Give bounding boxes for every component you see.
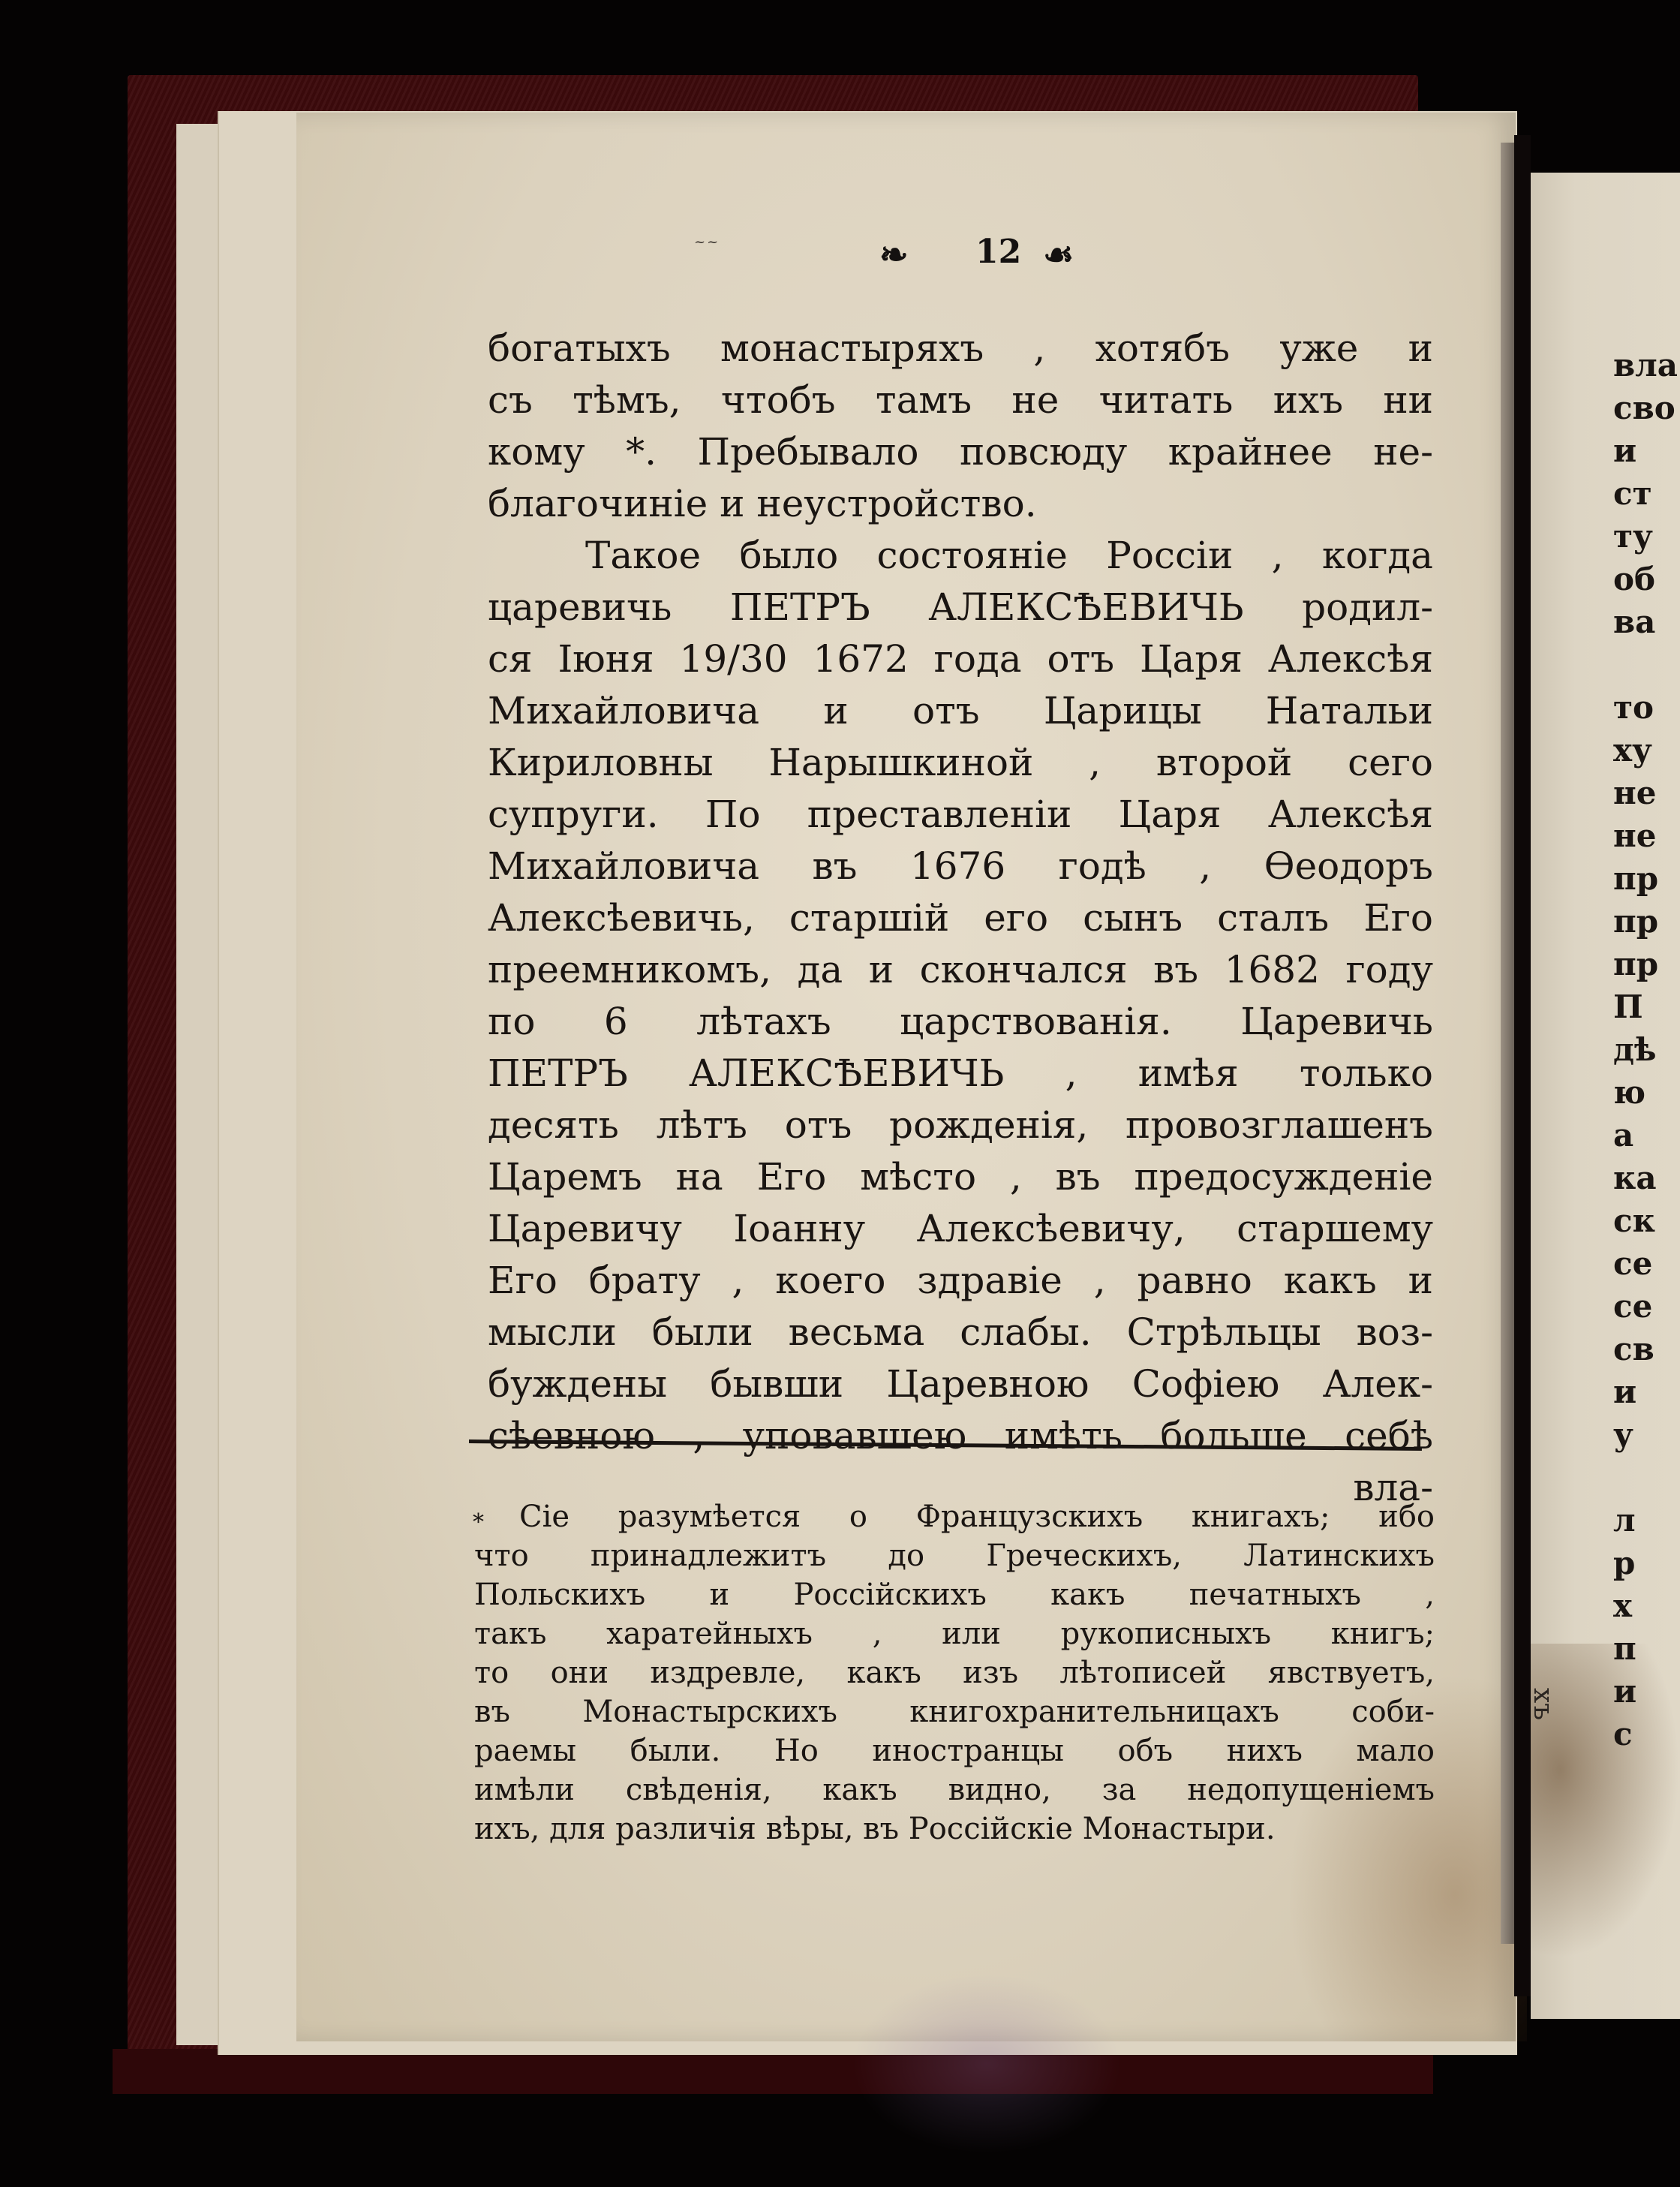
facing-line: ск [1613, 1199, 1680, 1242]
facing-line: р [1613, 1542, 1680, 1584]
facing-page-text: вла сво и ст ту об ва то ху не не пр пр … [1613, 344, 1680, 1755]
facing-gap [1613, 1456, 1680, 1499]
footnote-line: въ Монастырскихъ книгохранительницахъ со… [474, 1692, 1435, 1731]
facing-line: се [1613, 1285, 1680, 1328]
text-line: ся Іюня 19/30 1672 года отъ Царя Алексѣя [488, 633, 1433, 685]
book-cover-bottom [113, 2049, 1433, 2094]
text-line: Михайловича въ 1676 годѣ , Өеодоръ [488, 841, 1433, 892]
facing-line: с [1613, 1713, 1680, 1755]
facing-line: пр [1613, 943, 1680, 985]
footnote-line: раемы были. Но иностранцы объ нихъ мало [474, 1731, 1435, 1770]
main-text-block: богатыхъ монастыряхъ , хотябъ уже и съ т… [488, 323, 1433, 1514]
text-line: Алексѣевичь, старшій его сынъ сталъ Его [488, 892, 1433, 944]
text-line: Его брату , коего здравіе , равно какъ и [488, 1255, 1433, 1307]
header-mark: ~~ [694, 234, 720, 250]
text-line: царевичь ПЕТРЪ АЛЕКСѢЕВИЧЬ родил- [488, 582, 1433, 633]
facing-line: ту [1613, 515, 1680, 558]
text-line: кому *. Пребывало повсюду крайнее не- [488, 426, 1433, 478]
text-line: по 6 лѣтахъ царствованія. Царевичь [488, 996, 1433, 1048]
facing-line: и [1613, 1670, 1680, 1713]
facing-line: п [1613, 1627, 1680, 1670]
footnote-line: что принадлежитъ до Греческихъ, Латински… [474, 1536, 1435, 1575]
text-line: благочиніе и неустройство. [488, 478, 1433, 530]
facing-line: дѣ [1613, 1028, 1680, 1071]
facing-line: не [1613, 772, 1680, 814]
signature-mark: хъ [1528, 1688, 1558, 1720]
footnote-block: * Сіе разумѣется о Французскихъ книгахъ;… [474, 1497, 1435, 1849]
text-line: Михайловича и отъ Царицы Натальи [488, 685, 1433, 737]
footnote-line: имѣли свѣденія, какъ видно, за недопущен… [474, 1770, 1435, 1809]
facing-line: то [1613, 686, 1680, 729]
text-line: буждены бывши Царевною Софіею Алек- [488, 1358, 1433, 1410]
facing-line: не [1613, 814, 1680, 857]
facing-line: се [1613, 1242, 1680, 1285]
footnote-line: ихъ, для различія вѣры, въ Россійскіе Мо… [474, 1809, 1435, 1849]
facing-line: ст [1613, 472, 1680, 515]
facing-line: а [1613, 1114, 1680, 1157]
text-line: Царемъ на Его мѣсто , въ предосужденіе [488, 1151, 1433, 1203]
facing-line: ка [1613, 1157, 1680, 1199]
facing-line: ху [1613, 729, 1680, 772]
facing-line: П [1613, 985, 1680, 1028]
facing-line: х [1613, 1584, 1680, 1627]
page-number: 12 [975, 233, 1021, 271]
ornament-right-icon: ☙ [1043, 234, 1074, 275]
facing-line: св [1613, 1328, 1680, 1370]
facing-line: и [1613, 1370, 1680, 1413]
facing-line: у [1613, 1413, 1680, 1456]
text-line: ПЕТРЪ АЛЕКСѢЕВИЧЬ , имѣя только [488, 1048, 1433, 1100]
footnote-line: такъ харатейныхъ , или рукописныхъ книгъ… [474, 1614, 1435, 1653]
text-line: сѣевною , уповавшею имѣть больше себѣ [488, 1410, 1433, 1462]
ornament-left-icon: ❧ [879, 234, 909, 275]
facing-gap [1613, 643, 1680, 686]
ink-stamp-stain [852, 1974, 1122, 2154]
paragraph-start-line: Такое было состояніе Россіи , когда [488, 530, 1433, 582]
page-edge [1501, 143, 1514, 1944]
facing-line: пр [1613, 857, 1680, 900]
facing-line: пр [1613, 900, 1680, 943]
text-line: богатыхъ монастыряхъ , хотябъ уже и [488, 323, 1433, 375]
text-line: съ тѣмъ, чтобъ тамъ не читать ихъ ни [488, 375, 1433, 426]
facing-line: л [1613, 1499, 1680, 1542]
text-line: десять лѣтъ отъ рожденія, провозглашенъ [488, 1100, 1433, 1151]
footnote-line: Сіе разумѣется о Французскихъ книгахъ; и… [474, 1497, 1435, 1536]
text-line: Царевичу Іоанну Алексѣевичу, старшему [488, 1203, 1433, 1255]
footnote-marker: * [473, 1503, 484, 1542]
footnote-line: Польскихъ и Россійскихъ какъ печатныхъ , [474, 1575, 1435, 1614]
text-line: супруги. По преставленіи Царя Алексѣя [488, 789, 1433, 841]
facing-line: и [1613, 429, 1680, 472]
facing-line: об [1613, 558, 1680, 600]
text-line: преемникомъ, да и скончался въ 1682 году [488, 944, 1433, 996]
text-line: Кириловны Нарышкиной , второй сего [488, 737, 1433, 789]
text-line: мысли были весьма слабы. Стрѣльцы воз- [488, 1307, 1433, 1358]
footnote-line: то они издревле, какъ изъ лѣтописей явст… [474, 1653, 1435, 1692]
facing-line: сво [1613, 387, 1680, 429]
facing-line: вла [1613, 344, 1680, 387]
facing-line: ва [1613, 600, 1680, 643]
facing-line: ю [1613, 1071, 1680, 1114]
